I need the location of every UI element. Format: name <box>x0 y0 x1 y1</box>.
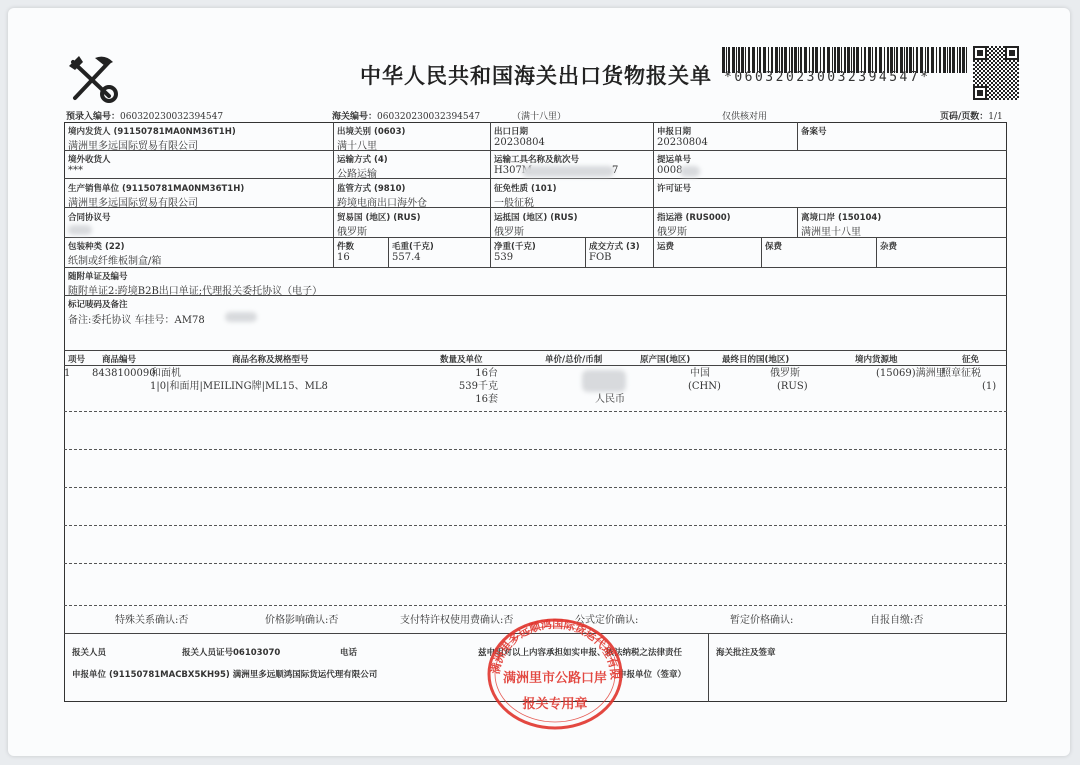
company-seal-stamp: 满洲里多远顺鸿国际货运代理有限公司 满洲里市公路口岸 报关专用章 <box>485 612 625 730</box>
package-type-value: 纸制或纤维板制盒/箱 <box>68 252 161 267</box>
destination-port-value: 俄罗斯 <box>657 223 687 238</box>
price-influence-confirm: 价格影响确认:否 <box>265 615 338 628</box>
verification-note: 仅供核对用 <box>722 109 767 122</box>
license-no-label: 许可证号 <box>657 182 691 194</box>
col-source: 境内货源地 <box>855 353 898 365</box>
col-hs-code: 商品编号 <box>102 353 136 365</box>
gross-weight-label: 毛重(千克) <box>392 240 434 252</box>
record-no-label: 备案号 <box>801 125 827 137</box>
vehicle-voyage-label: 运输工具名称及航次号 <box>494 153 579 165</box>
bill-of-lading-value: 0008 <box>657 165 682 176</box>
levy-nature-label: 征免性质 (101) <box>494 182 556 194</box>
document-title: 中华人民共和国海关出口货物报关单 <box>360 60 712 90</box>
svg-text:报关专用章: 报关专用章 <box>522 696 587 712</box>
net-weight-label: 净重(千克) <box>494 240 536 252</box>
col-quantity: 数量及单位 <box>440 353 483 365</box>
declaring-unit: 申报单位 (91150781MACBX5KH95) 满洲里多远顺鸿国际货运代理有… <box>72 668 377 680</box>
qr-code <box>973 46 1019 100</box>
trade-country-value: 俄罗斯 <box>337 223 367 238</box>
col-price: 单价/总价/币制 <box>545 353 602 365</box>
overseas-consignee-value: *** <box>68 165 83 176</box>
trade-country-label: 贸易国 (地区) (RUS) <box>337 211 421 223</box>
contract-no-label: 合同协议号 <box>68 211 111 223</box>
levy-nature-value: 一般征税 <box>494 194 534 209</box>
insurance-label: 保费 <box>765 240 782 252</box>
redacted-region <box>582 370 626 392</box>
transport-mode-label: 运输方式 (4) <box>337 153 388 165</box>
pieces-value: 16 <box>337 252 350 263</box>
redacted-region <box>680 166 700 177</box>
col-name-spec: 商品名称及规格型号 <box>232 353 309 365</box>
special-relation-confirm: 特殊关系确认:否 <box>115 615 188 628</box>
transport-mode-value: 公路运输 <box>337 165 377 180</box>
freight-label: 运费 <box>657 240 674 252</box>
misc-fees-label: 杂费 <box>880 240 897 252</box>
provisional-price-confirm: 暂定价格确认: <box>730 615 793 628</box>
broker-label: 报关人员 <box>72 646 106 658</box>
broker-cert: 报关人员证号06103070 <box>182 646 280 658</box>
pieces-label: 件数 <box>337 240 354 252</box>
arrival-country-label: 运抵国 (地区) (RUS) <box>494 211 578 223</box>
col-origin: 原产国(地区) <box>640 353 690 365</box>
self-report-confirm: 自报自缴:否 <box>870 615 923 628</box>
producer-seller-value: 满洲里多远国际贸易有限公司 <box>68 194 198 209</box>
page-count: 页码/页数：1/1 <box>940 109 1003 122</box>
customs-number: 海关编号：060320230032394547 <box>332 109 480 122</box>
declaration-date-label: 申报日期 <box>657 125 691 137</box>
col-levy: 征免 <box>962 353 979 365</box>
overseas-consignee-label: 境外收货人 <box>68 153 111 165</box>
pre-entry-number: 预录入编号：060320230032394547 <box>66 109 223 122</box>
barcode-number: *060320230032394547* <box>724 70 931 85</box>
attached-docs-label: 随附单证及编号 <box>68 270 128 282</box>
export-date-value: 20230804 <box>494 137 545 148</box>
col-destination: 最终目的国(地区) <box>722 353 789 365</box>
exit-customs-value: 满十八里 <box>337 137 377 152</box>
gross-weight-value: 557.4 <box>392 252 421 263</box>
export-date-label: 出口日期 <box>494 125 528 137</box>
arrival-country-value: 俄罗斯 <box>494 223 524 238</box>
redacted-region <box>225 312 257 322</box>
destination-port-label: 指运港 (RUS000) <box>657 211 731 223</box>
domestic-shipper-label: 境内发货人 (91150781MA0NM36T1H) <box>68 125 236 137</box>
declaring-unit-sign: 申报单位（签章） <box>618 668 686 680</box>
transaction-mode-label: 成交方式 (3) <box>589 240 640 252</box>
svg-text:满洲里多远顺鸿国际货运代理有限公司: 满洲里多远顺鸿国际货运代理有限公司 <box>485 612 622 680</box>
attached-docs-value: 随附单证2:跨境B2B出口单证;代理报关委托协议（电子） <box>68 282 322 297</box>
net-weight-value: 539 <box>494 252 513 263</box>
customs-port: （满十八里） <box>512 109 566 122</box>
supervision-mode-value: 跨境电商出口海外仓 <box>337 194 427 209</box>
bill-of-lading-label: 提运单号 <box>657 153 691 165</box>
redacted-region <box>522 166 614 177</box>
transaction-mode-value: FOB <box>589 252 612 263</box>
producer-seller-label: 生产销售单位 (91150781MA0NM36T1H) <box>68 182 244 194</box>
domestic-shipper-value: 满洲里多远国际贸易有限公司 <box>68 137 198 152</box>
col-item-no: 项号 <box>68 353 85 365</box>
marks-remarks-value: 备注:委托协议 车挂号：AM78 <box>68 311 205 326</box>
exit-port-label: 离境口岸 (150104) <box>801 211 881 223</box>
package-type-label: 包装种类 (22) <box>68 240 125 252</box>
exit-customs-label: 出境关别 (0603) <box>337 125 405 137</box>
redacted-region <box>68 225 92 235</box>
marks-remarks-label: 标记唛码及备注 <box>68 298 128 310</box>
exit-port-value: 满洲里十八里 <box>801 223 861 238</box>
supervision-mode-label: 监管方式 (9810) <box>337 182 405 194</box>
declaration-date-value: 20230804 <box>657 137 708 148</box>
phone-label: 电话 <box>340 646 357 658</box>
customs-emblem-icon <box>65 52 121 104</box>
svg-text:满洲里市公路口岸: 满洲里市公路口岸 <box>503 670 607 686</box>
customs-annotation: 海关批注及签章 <box>716 646 776 658</box>
